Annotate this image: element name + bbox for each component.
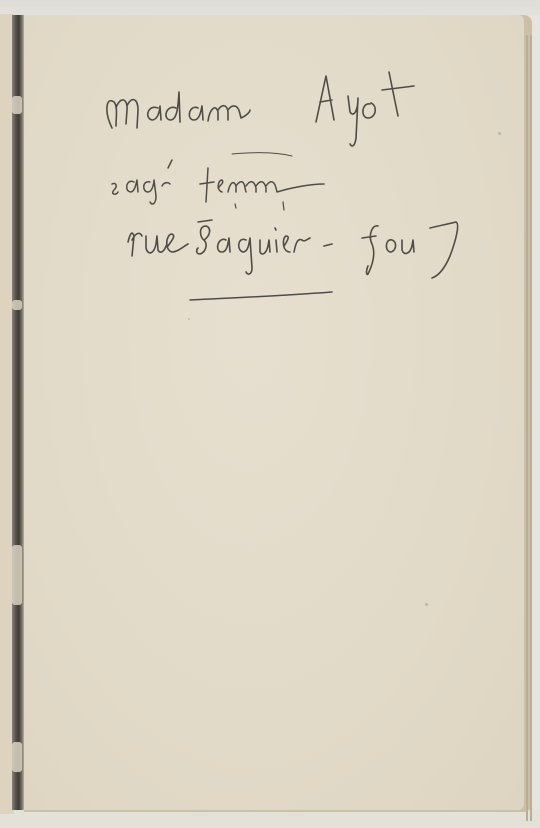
underline-stroke <box>190 292 332 300</box>
line-title: Madame Ayot <box>104 86 313 121</box>
line-address: rue Saignier - Goury <box>126 224 375 252</box>
line-occupation: sage femme <box>110 174 244 199</box>
handwriting-strokes <box>0 0 540 828</box>
